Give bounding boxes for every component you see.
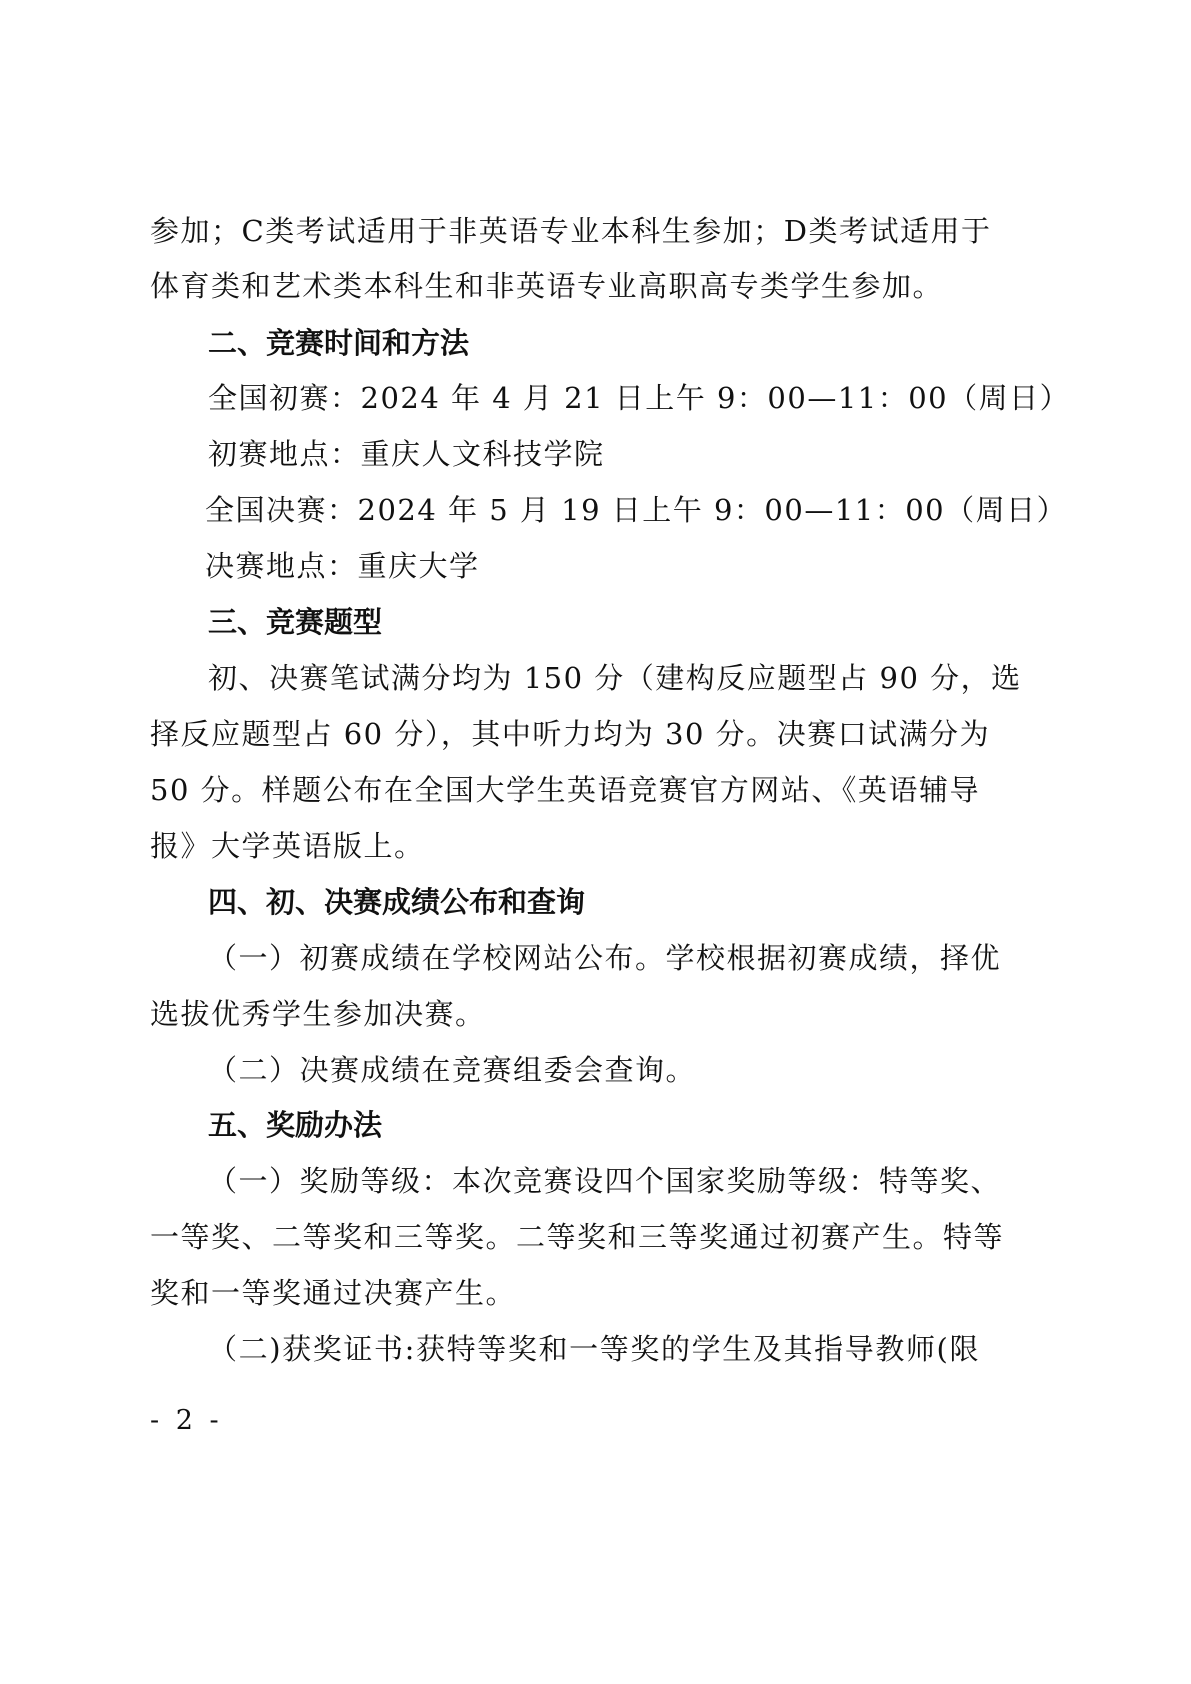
paragraph-line: 参加；C类考试适用于非英语专业本科生参加；D类考试适用于 — [150, 211, 980, 251]
final-location: 决赛地点：重庆大学 — [205, 546, 977, 586]
paragraph-line: 50 分。样题公布在全国大学生英语竞赛官方网站、《英语辅导 — [150, 770, 980, 810]
paragraph-line: （一）初赛成绩在学校网站公布。学校根据初赛成绩，择优 — [208, 938, 980, 978]
paragraph-line: （二）决赛成绩在竞赛组委会查询。 — [208, 1050, 980, 1090]
paragraph-line: （二)获奖证书:获特等奖和一等奖的学生及其指导教师(限 — [208, 1329, 980, 1369]
document-page: 参加；C类考试适用于非英语专业本科生参加；D类考试适用于 体育类和艺术类本科生和… — [0, 0, 1191, 1684]
paragraph-line: 一等奖、二等奖和三等奖。二等奖和三等奖通过初赛产生。特等 — [150, 1217, 980, 1257]
paragraph-line: 择反应题型占 60 分），其中听力均为 30 分。决赛口试满分为 — [150, 714, 980, 754]
page-number: - 2 - — [150, 1403, 223, 1439]
paragraph-line: 奖和一等奖通过决赛产生。 — [150, 1273, 980, 1313]
paragraph-line: 体育类和艺术类本科生和非英语专业高职高专类学生参加。 — [150, 266, 980, 306]
final-time: 全国决赛：2024 年 5 月 19 日上午 9：00—11：00（周日） — [205, 490, 965, 530]
paragraph-line: （一）奖励等级：本次竞赛设四个国家奖励等级：特等奖、 — [208, 1161, 980, 1201]
section-heading-awards: 五、奖励办法 — [208, 1105, 1038, 1145]
section-heading-results: 四、初、决赛成绩公布和查询 — [208, 882, 1038, 922]
paragraph-line: 初、决赛笔试满分均为 150 分（建构反应题型占 90 分，选 — [208, 658, 980, 698]
section-heading-time-method: 二、竞赛时间和方法 — [208, 323, 1038, 363]
prelim-location: 初赛地点：重庆人文科技学院 — [208, 434, 980, 474]
paragraph-line: 报》大学英语版上。 — [150, 826, 980, 866]
section-heading-question-types: 三、竞赛题型 — [208, 602, 1038, 642]
paragraph-line: 选拔优秀学生参加决赛。 — [150, 994, 980, 1034]
prelim-time: 全国初赛：2024 年 4 月 21 日上午 9：00—11：00（周日） — [208, 378, 968, 418]
